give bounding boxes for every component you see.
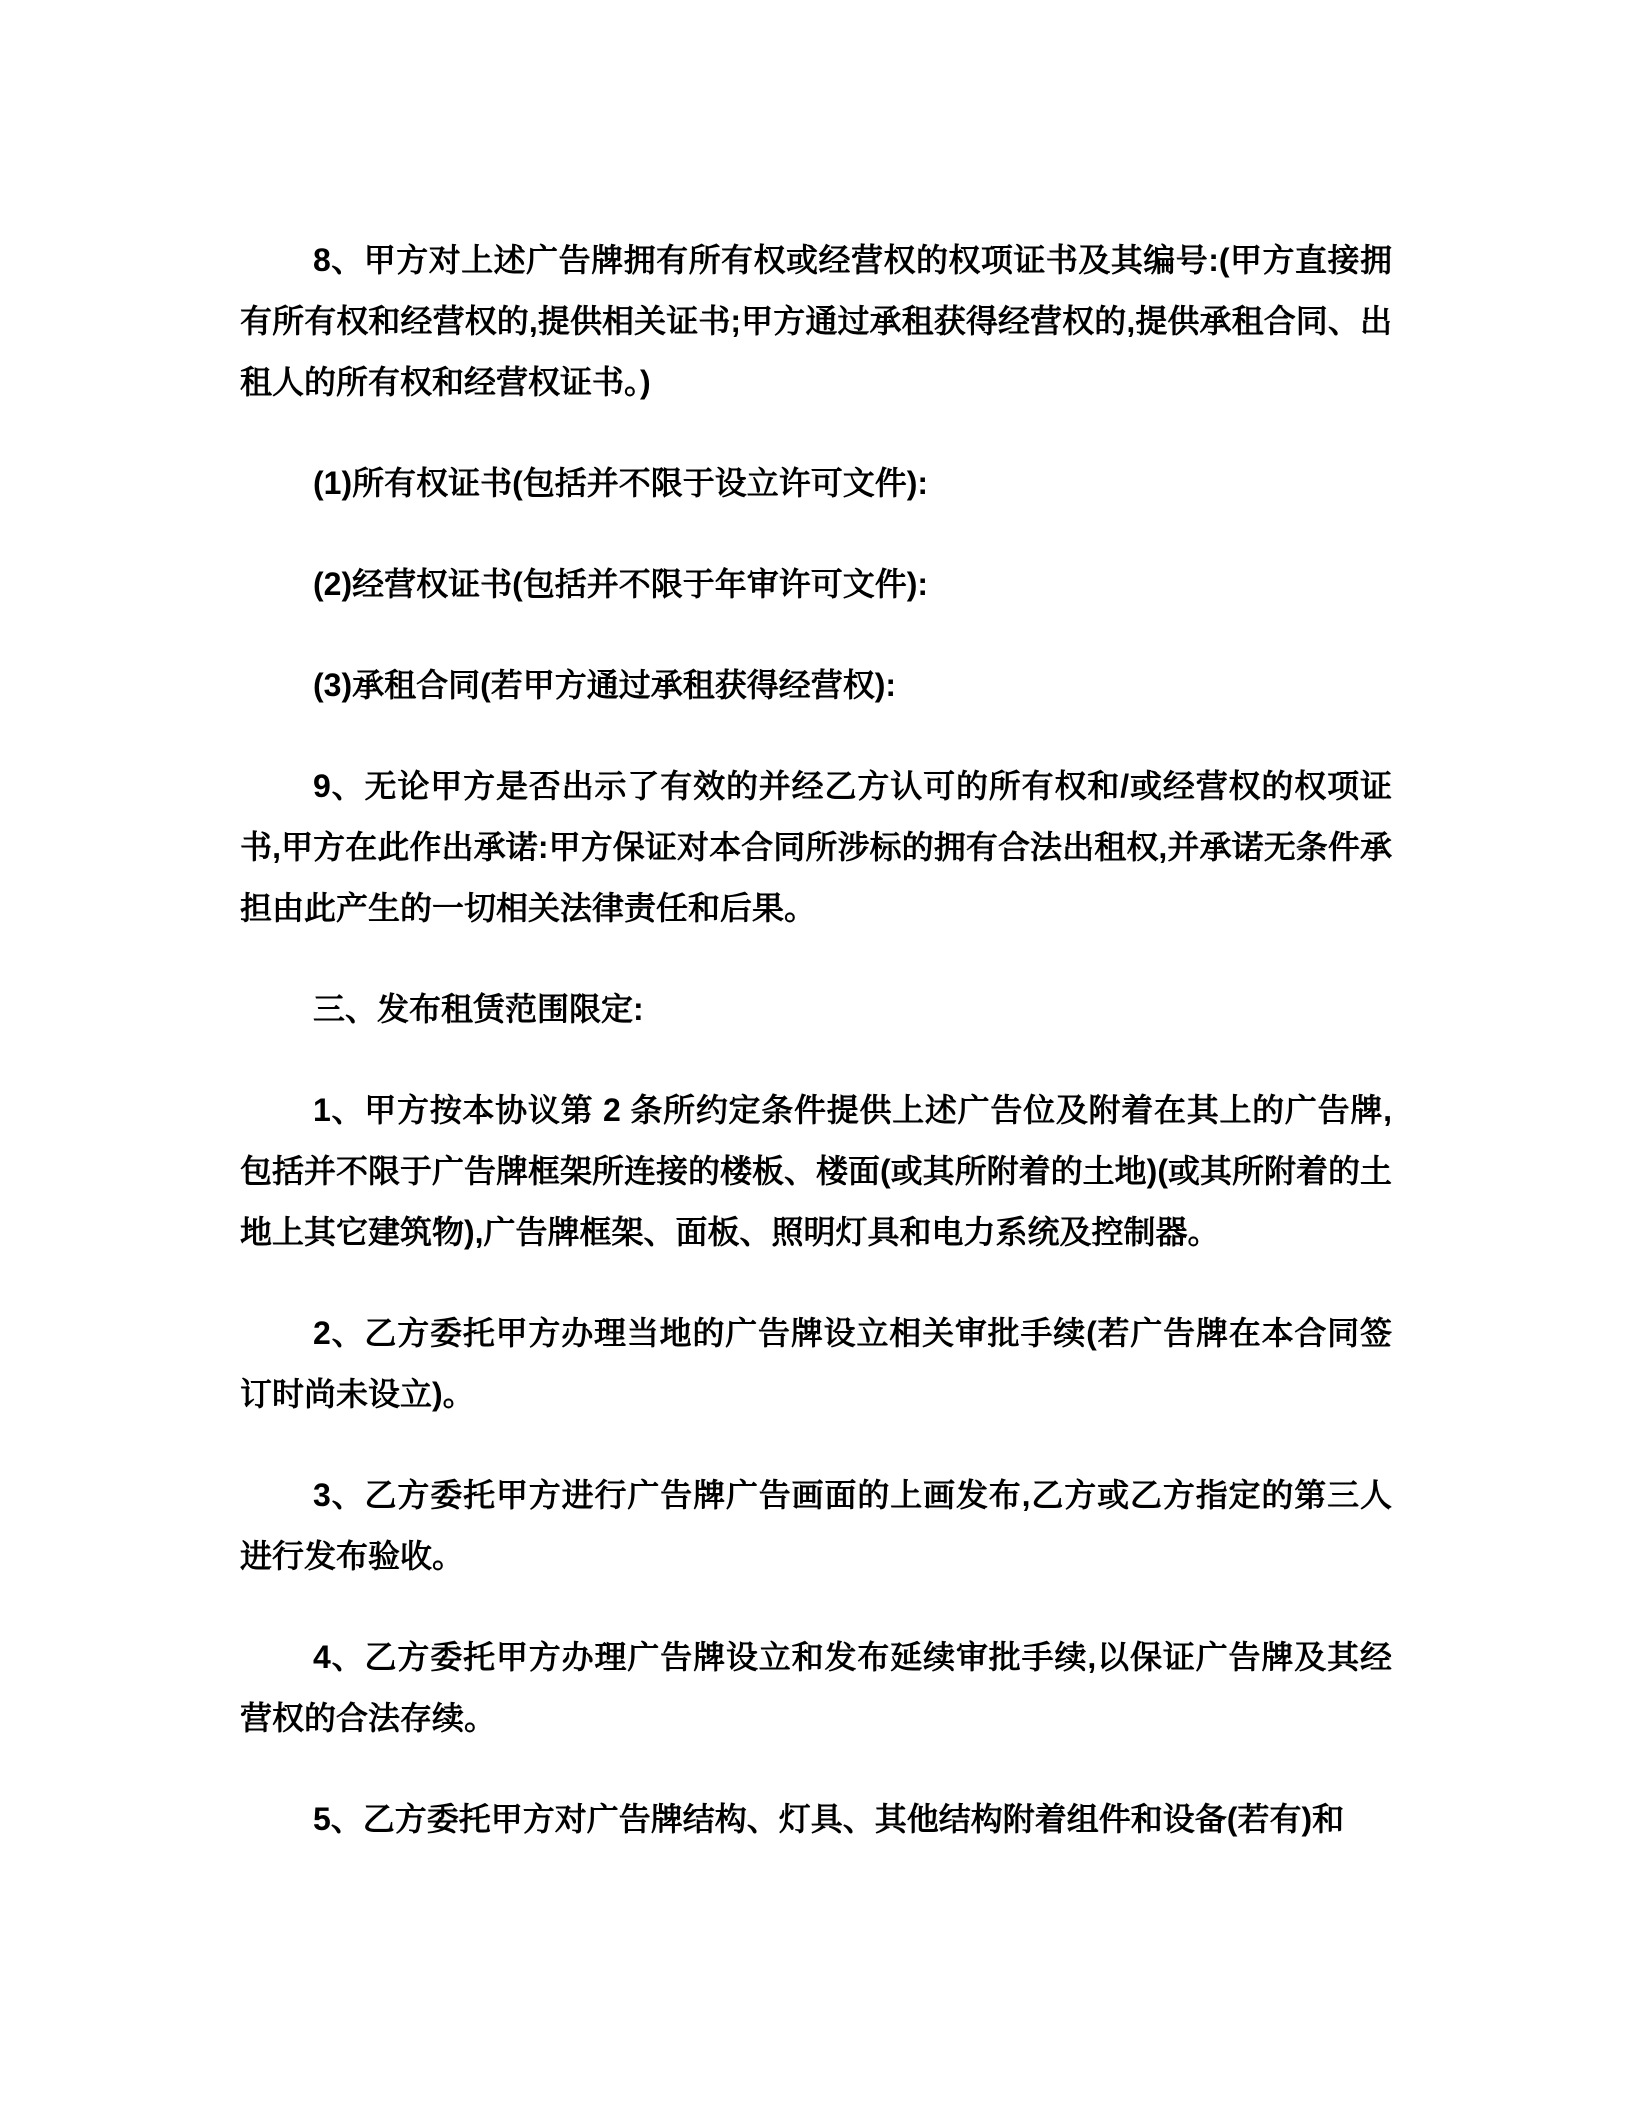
paragraph-scope-clause-5: 5、乙方委托甲方对广告牌结构、灯具、其他结构附着组件和设备(若有)和 [240,1789,1392,1850]
paragraph-clause-8: 8、甲方对上述广告牌拥有所有权或经营权的权项证书及其编号:(甲方直接拥有所有权和… [240,230,1392,413]
paragraph-scope-clause-4: 4、乙方委托甲方办理广告牌设立和发布延续审批手续,以保证广告牌及其经营权的合法存… [240,1627,1392,1749]
paragraph-clause-9: 9、无论甲方是否出示了有效的并经乙方认可的所有权和/或经营权的权项证书,甲方在此… [240,756,1392,939]
paragraph-scope-clause-2: 2、乙方委托甲方办理当地的广告牌设立相关审批手续(若广告牌在本合同签订时尚未设立… [240,1303,1392,1425]
paragraph-item-3-lease: (3)承租合同(若甲方通过承租获得经营权): [240,655,1392,716]
paragraph-item-2-operation: (2)经营权证书(包括并不限于年审许可文件): [240,554,1392,615]
paragraph-scope-clause-3: 3、乙方委托甲方进行广告牌广告画面的上画发布,乙方或乙方指定的第三人进行发布验收… [240,1465,1392,1587]
paragraph-scope-clause-1: 1、甲方按本协议第 2 条所约定条件提供上述广告位及附着在其上的广告牌,包括并不… [240,1080,1392,1263]
contract-document-page: 8、甲方对上述广告牌拥有所有权或经营权的权项证书及其编号:(甲方直接拥有所有权和… [0,0,1632,2112]
paragraph-item-1-ownership: (1)所有权证书(包括并不限于设立许可文件): [240,453,1392,514]
section-heading-scope: 三、发布租赁范围限定: [240,979,1392,1040]
